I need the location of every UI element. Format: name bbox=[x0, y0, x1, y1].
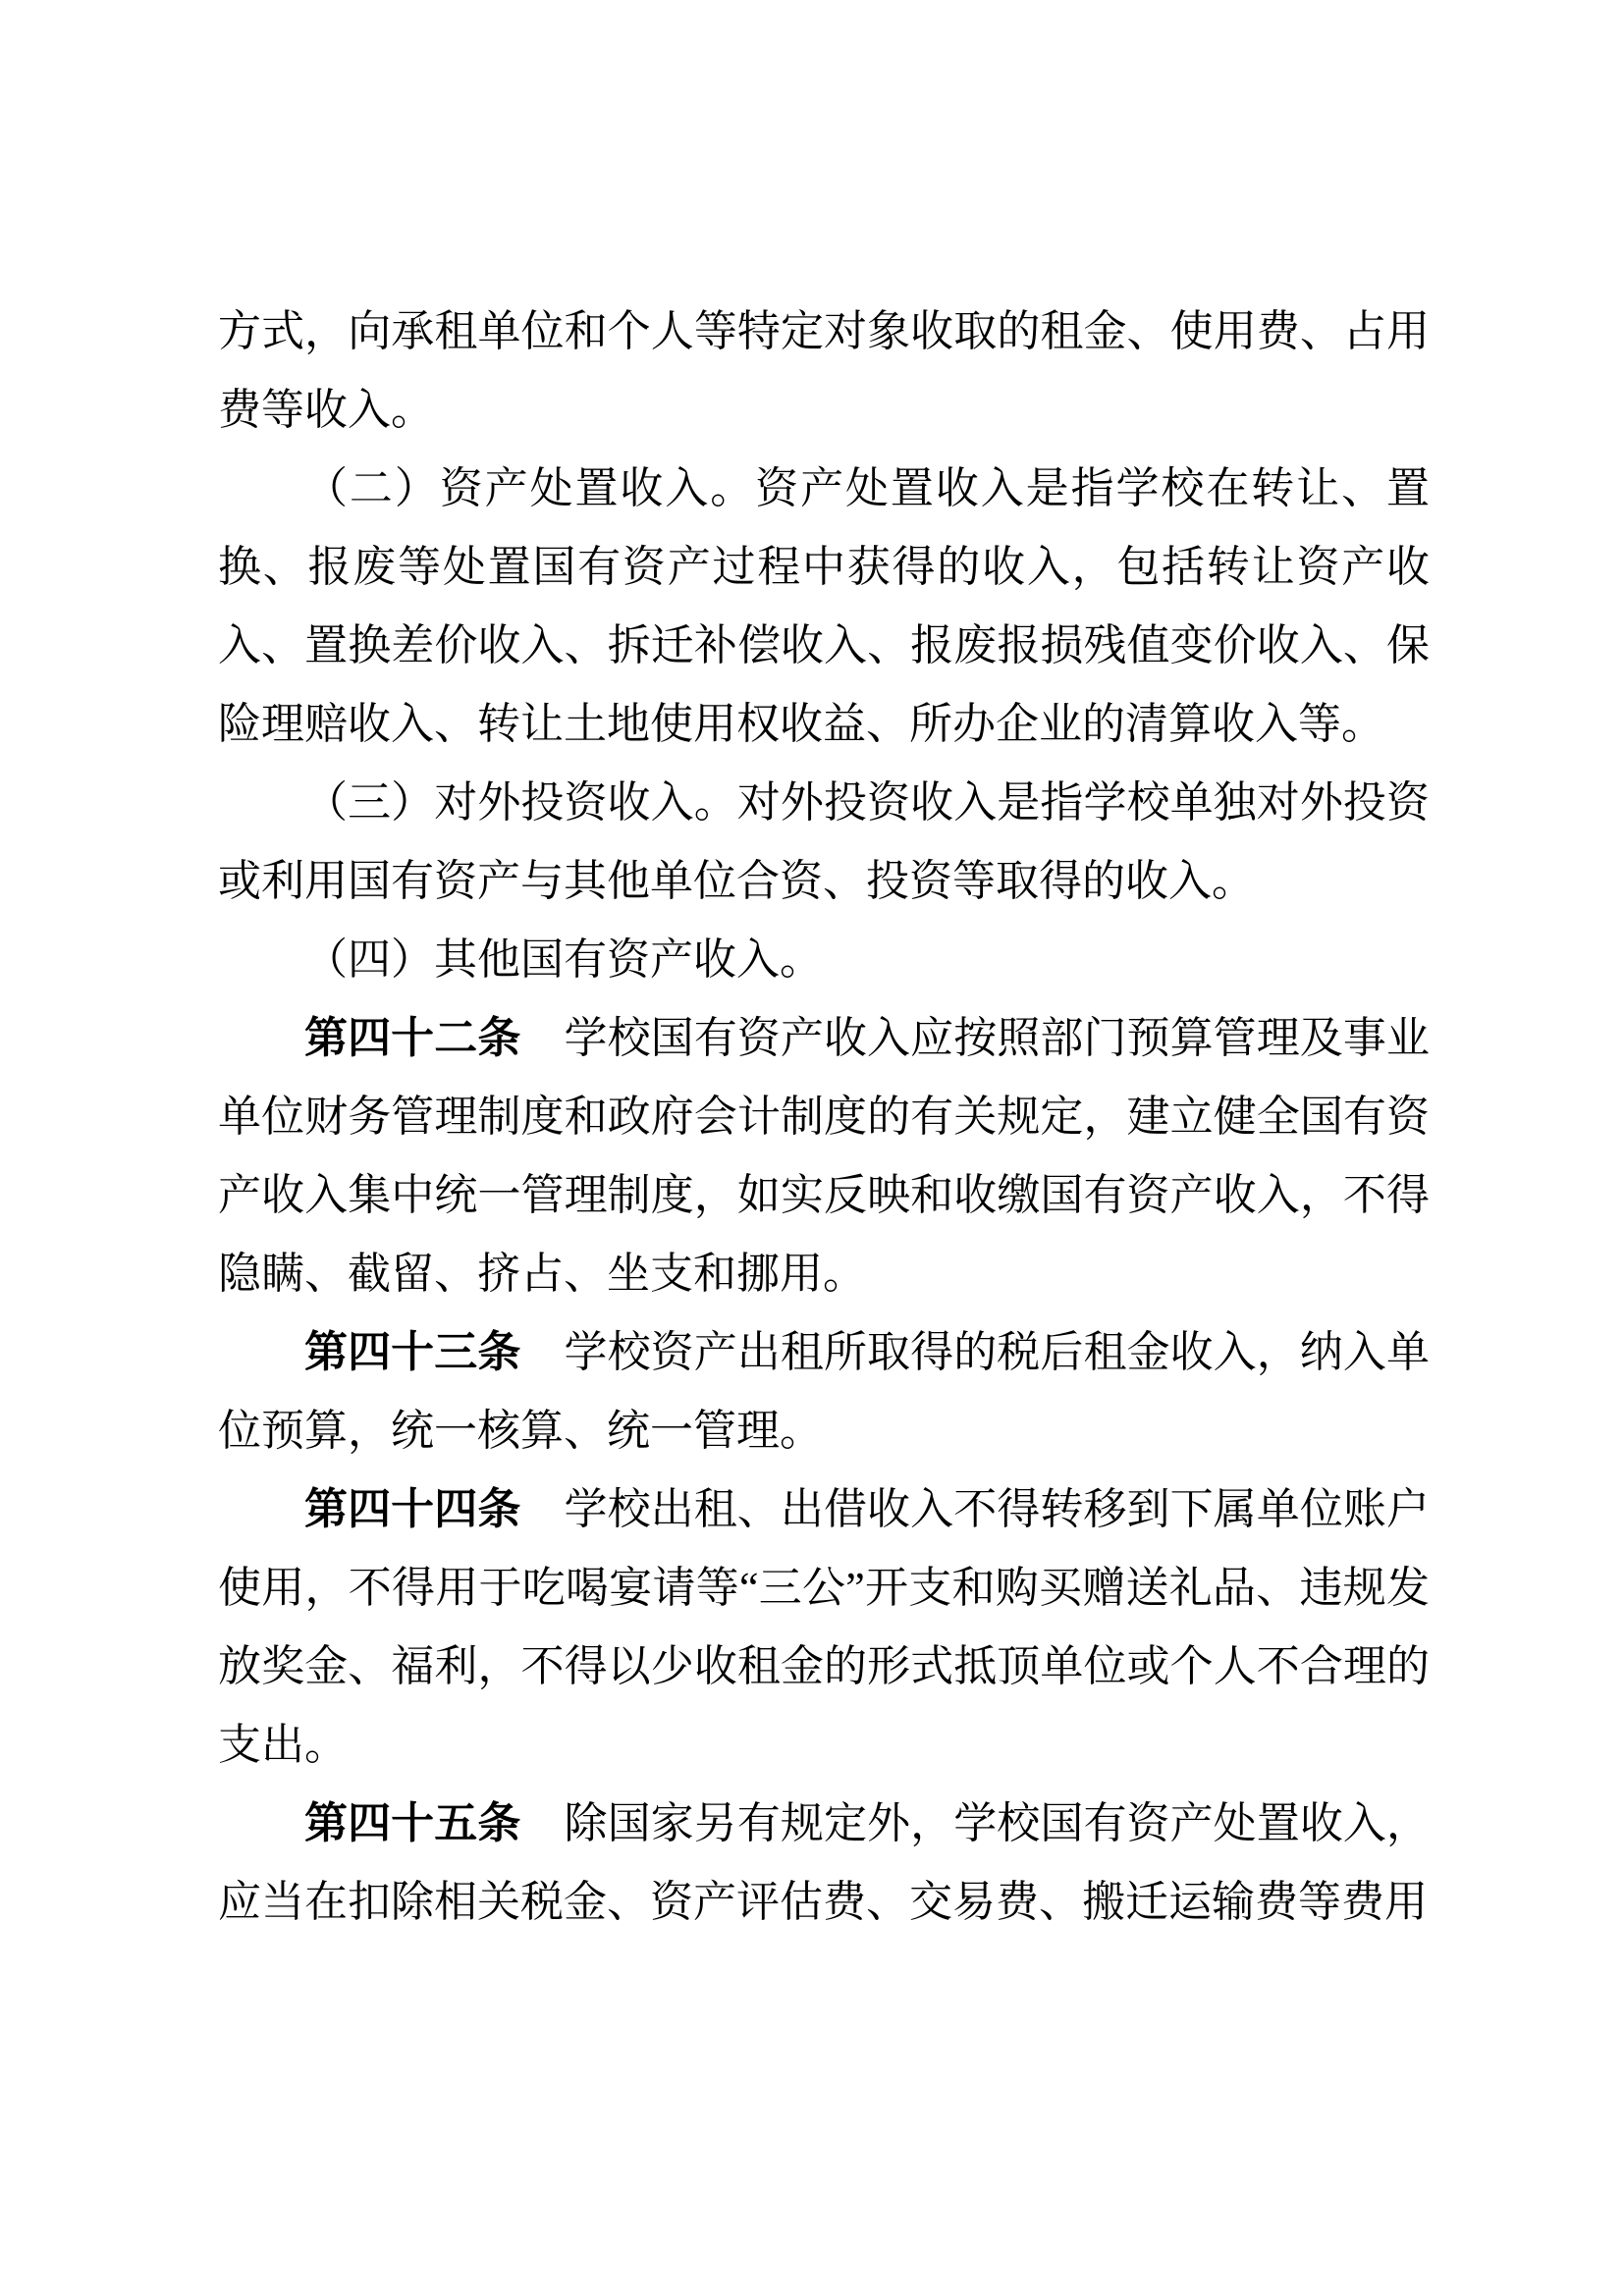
paragraph: （三）对外投资收入。对外投资收入是指学校单独对外投资或利用国有资产与其他单位合资… bbox=[218, 764, 1430, 921]
body-text: （二）资产处置收入。资产处置收入是指学校在转让、置换、报废等处置国有资产过程中获… bbox=[218, 464, 1430, 748]
article-number: 第四十五条 bbox=[304, 1799, 520, 1847]
article-number: 第四十四条 bbox=[304, 1485, 520, 1533]
paragraph: （二）资产处置收入。资产处置收入是指学校在转让、置换、报废等处置国有资产过程中获… bbox=[218, 450, 1430, 764]
body-text: （三）对外投资收入。对外投资收入是指学校单独对外投资或利用国有资产与其他单位合资… bbox=[218, 778, 1430, 905]
document-page: 方式，向承租单位和个人等特定对象收取的租金、使用费、占用费等收入。（二）资产处置… bbox=[0, 0, 1624, 2296]
article-number: 第四十二条 bbox=[304, 1014, 520, 1062]
body-text: 方式，向承租单位和个人等特定对象收取的租金、使用费、占用费等收入。 bbox=[218, 307, 1430, 434]
document-body: 方式，向承租单位和个人等特定对象收取的租金、使用费、占用费等收入。（二）资产处置… bbox=[218, 293, 1430, 1942]
article-paragraph: 第四十五条 除国家另有规定外，学校国有资产处置收入，应当在扣除相关税金、资产评估… bbox=[218, 1785, 1430, 1942]
article-paragraph: 第四十四条 学校出租、出借收入不得转移到下属单位账户使用，不得用于吃喝宴请等“三… bbox=[218, 1470, 1430, 1785]
article-number: 第四十三条 bbox=[304, 1328, 520, 1376]
paragraph: 方式，向承租单位和个人等特定对象收取的租金、使用费、占用费等收入。 bbox=[218, 293, 1430, 450]
article-paragraph: 第四十二条 学校国有资产收入应按照部门预算管理及事业单位财务管理制度和政府会计制… bbox=[218, 999, 1430, 1313]
body-text: （四）其他国有资产收入。 bbox=[304, 935, 823, 984]
paragraph: （四）其他国有资产收入。 bbox=[218, 921, 1430, 999]
article-paragraph: 第四十三条 学校资产出租所取得的税后租金收入，纳入单位预算，统一核算、统一管理。 bbox=[218, 1313, 1430, 1470]
